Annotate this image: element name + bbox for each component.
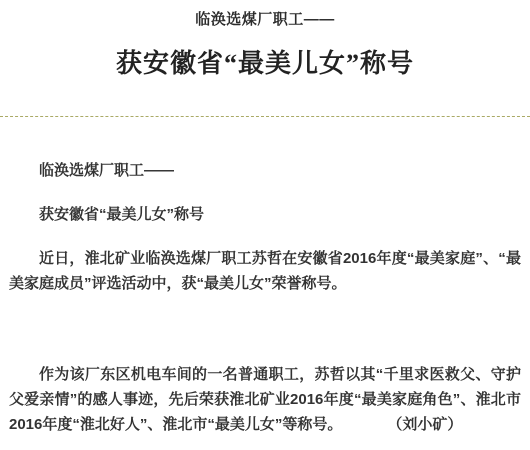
body-paragraph-title: 获安徽省“最美儿女”称号 xyxy=(9,202,521,227)
byline-spacer xyxy=(335,416,395,433)
article-body: 临涣选煤厂职工—— 获安徽省“最美儿女”称号 近日，淮北矿业临涣选煤厂职工苏哲在… xyxy=(0,158,530,437)
body-paragraph-lead: 近日，淮北矿业临涣选煤厂职工苏哲在安徽省2016年度“最美家庭”、“最美家庭成员… xyxy=(9,246,521,296)
body-paragraph-subtitle: 临涣选煤厂职工—— xyxy=(9,158,521,183)
byline: （刘小矿） xyxy=(395,416,463,433)
article-title: 获安徽省“最美儿女”称号 xyxy=(0,29,530,80)
body-paragraph-closing: 作为该厂东区机电车间的一名普通职工，苏哲以其“千里求医救父、守护父爱亲情”的感人… xyxy=(9,362,521,437)
dashed-divider xyxy=(0,116,530,117)
article-page: 临涣选煤厂职工—— 获安徽省“最美儿女”称号 临涣选煤厂职工—— 获安徽省“最美… xyxy=(0,0,530,450)
article-subtitle: 临涣选煤厂职工—— xyxy=(0,0,530,29)
article-header: 临涣选煤厂职工—— 获安徽省“最美儿女”称号 xyxy=(0,0,530,80)
